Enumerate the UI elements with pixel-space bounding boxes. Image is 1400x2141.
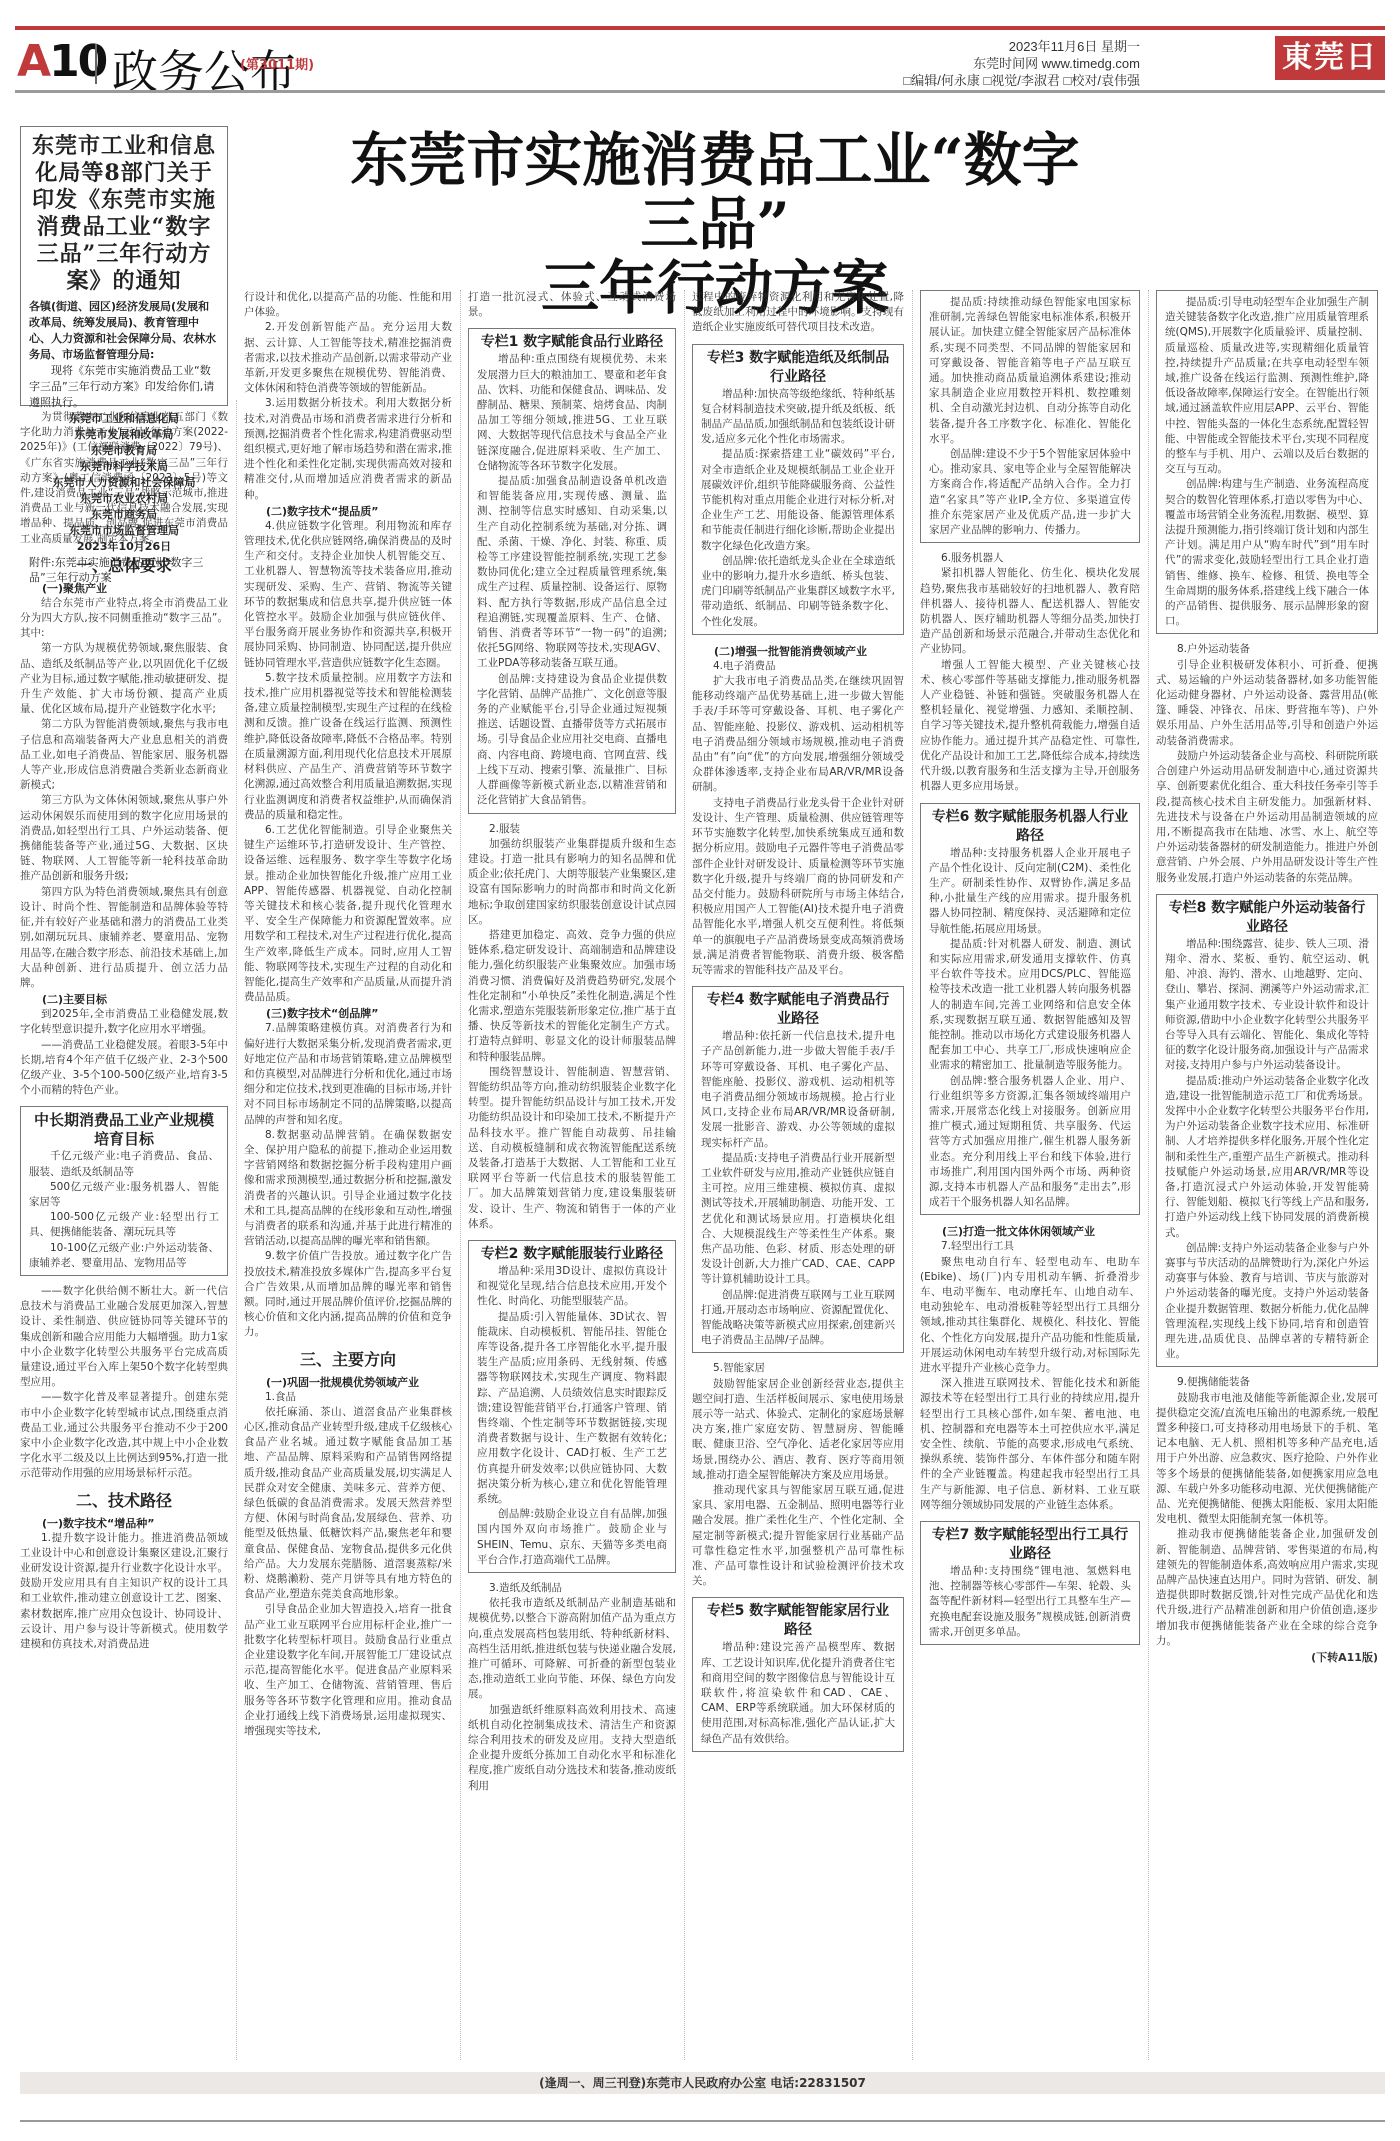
- official-notice-box: 东莞市工业和信息化局等8部门关于印发《东莞市实施消费品工业“数字三品”三年行动方…: [20, 126, 228, 406]
- sidebar-box-electronics: 专栏4 数字赋能电子消费品行业路径 增品种:依托新一代信息技术,提升电子产品创新…: [692, 986, 904, 1353]
- intro-paragraph: 为贯彻落实工业和信息化部五部门《数字化助力消费品工业“三品”行动方案(2022-…: [20, 410, 228, 547]
- sidebar-box-smart-home: 专栏5 数字赋能智能家居行业路径 增品种:建设完善产品模型库、数据库、工艺设计知…: [692, 1597, 904, 1751]
- subheading-goals: (二)主要目标: [20, 991, 228, 1007]
- notice-title: 东莞市工业和信息化局等8部门关于印发《东莞市实施消费品工业“数字三品”三年行动方…: [29, 133, 219, 295]
- sidebar-box-paper: 专栏3 数字赋能造纸及纸制品行业路径 增品种:加快高等级绝缘纸、特种纸基复合材料…: [692, 344, 904, 635]
- sidebar-box-apparel: 专栏2 数字赋能服装行业路径 增品种:采用3D设计、虚拟仿真设计和视觉化呈现,结…: [468, 1240, 676, 1573]
- issue-number: (第3011期): [240, 54, 314, 73]
- sidebar-box-smart-home-cont: 提品质:持续推动绿色智能家电国家标准研制,完善绿色智能家电标准体系,积极开展认证…: [920, 290, 1140, 543]
- masthead-divider: [95, 44, 97, 84]
- column-4: 过程中的废弃物资源化利用和无害化处置,降低废纸加工利用过程中的环境影响。支持现有…: [692, 290, 904, 2065]
- page-number: A10: [17, 36, 106, 87]
- column-rule: [684, 290, 685, 2060]
- heading-technical-path: 二、技术路径: [20, 1488, 228, 1511]
- column-5: 提品质:持续推动绿色智能家电国家标准研制,完善绿色智能家电标准体系,积极开展认证…: [920, 290, 1140, 2065]
- column-3: 打造一批沉浸式、体验式、互动式消费场景。 专栏1 数字赋能食品行业路径 增品种:…: [468, 290, 676, 2065]
- notice-body: 现将《东莞市实施消费品工业“数字三品”三年行动方案》印发给你们,请遵照执行。: [29, 363, 219, 411]
- continued-on-page[interactable]: (下转A11版): [1156, 1649, 1378, 1665]
- newspaper-logo: 東莞日報: [1275, 36, 1385, 80]
- column-rule: [912, 290, 913, 2060]
- masthead: A10 政务公布 (第3011期) 2023年11月6日 星期一 东莞时间网 w…: [15, 26, 1385, 94]
- column-rule: [1148, 290, 1149, 2060]
- column-1: 为贯彻落实工业和信息化部五部门《数字化助力消费品工业“三品”行动方案(2022-…: [20, 410, 228, 2065]
- website-link[interactable]: 东莞时间网 www.timedg.com: [903, 55, 1140, 72]
- masthead-meta: 2023年11月6日 星期一 东莞时间网 www.timedg.com □编辑/…: [903, 38, 1140, 89]
- masthead-red-rule: [15, 26, 1385, 30]
- editor-credits: □编辑/何永康 □视觉/李淑君 □校对/袁伟强: [903, 72, 1140, 89]
- sidebar-box-food: 专栏1 数字赋能食品行业路径 增品种:重点围绕有规模优势、未来发展潜力巨大的粮油…: [468, 328, 676, 813]
- sidebar-box-outdoor: 专栏8 数字赋能户外运动装备行业路径 增品种:围绕露营、徒步、铁人三项、滑翔伞、…: [1156, 894, 1378, 1368]
- column-rule: [460, 290, 461, 2060]
- column-2: 行设计和优化,以提高产品的功能、性能和用户体验。 2.开发创新智能产品。充分运用…: [244, 290, 452, 2065]
- sidebar-box-service-robot: 专栏6 数字赋能服务机器人行业路径 增品种:支持服务机器人企业开展电子产品个性化…: [920, 803, 1140, 1216]
- sidebar-box-light-mobility-cont: 提品质:引导电动轻型车企业加强生产制造关键装备数字化改造,推广应用质量管理系统(…: [1156, 290, 1378, 634]
- heading-main-directions: 三、主要方向: [244, 1347, 452, 1370]
- column-6: 提品质:引导电动轻型车企业加强生产制造关键装备数字化改造,推广应用质量管理系统(…: [1156, 290, 1378, 2065]
- publish-date: 2023年11月6日 星期一: [903, 38, 1140, 55]
- column-rule: [236, 400, 237, 2060]
- bottom-rule: [20, 2120, 1385, 2122]
- industry-scale-goal-box: 中长期消费品工业产业规模培育目标 千亿元级产业:电子消费品、食品、服装、造纸及纸…: [20, 1106, 228, 1276]
- sidebar-box-light-mobility: 专栏7 数字赋能轻型出行工具行业路径 增品种:支持围绕“锂电池、氢燃料电池、控制…: [920, 1521, 1140, 1645]
- subheading-focus: (一)聚焦产业: [20, 580, 228, 596]
- footer-contact: (逢周一、周三刊登)东莞市人民政府办公室 电话:22831507: [20, 2072, 1385, 2094]
- masthead-grey-rule: [15, 90, 1385, 93]
- notice-recipients: 各镇(街道、园区)经济发展局(发展和改革局、统筹发展局)、教育管理中心、人力资源…: [29, 299, 219, 363]
- heading-general-requirements: 一、总体要求: [20, 553, 228, 576]
